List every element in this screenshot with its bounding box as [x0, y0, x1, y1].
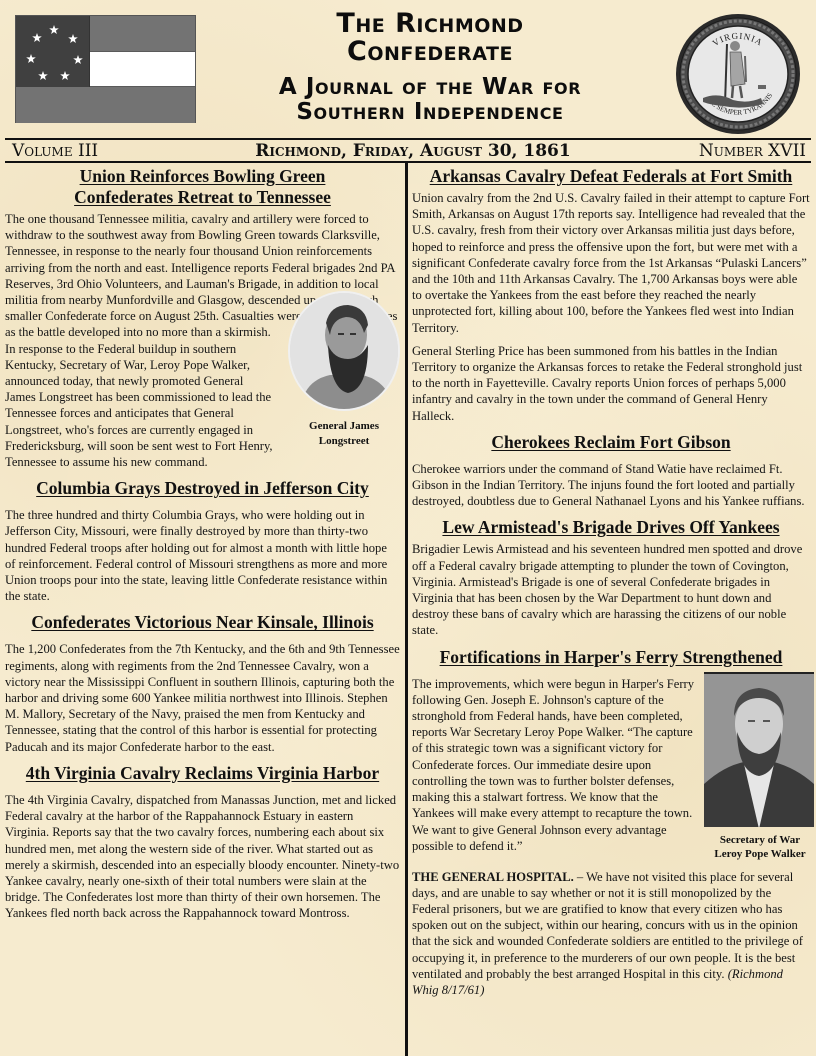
headline-line-1: Union Reinforces Bowling Green	[80, 166, 326, 186]
left-column: Union Reinforces Bowling Green Confedera…	[5, 166, 400, 922]
masthead-title: The Richmond Confederate A Journal of th…	[200, 6, 660, 124]
dateline-top-rule	[5, 138, 811, 140]
column-divider	[405, 162, 408, 1056]
longstreet-portrait	[288, 291, 400, 411]
article-harpers-ferry: Fortifications in Harper's Ferry Strengt…	[412, 647, 810, 861]
walker-photo-figure: Secretary of War Leroy Pope Walker	[704, 672, 816, 861]
headline-line-2: Confederates Retreat to Tennessee	[74, 187, 331, 207]
headline: Confederates Victorious Near Kinsale, Il…	[5, 612, 400, 633]
title-line-1: The Richmond	[200, 10, 660, 37]
general-hospital-notice: THE GENERAL HOSPITAL. – We have not visi…	[412, 869, 810, 999]
article-paragraph: Union cavalry from the 2nd U.S. Cavalry …	[412, 190, 810, 336]
dateline: Volume III Richmond, Friday, August 30, …	[0, 141, 816, 161]
photo-caption: General James Longstreet	[283, 419, 405, 449]
article-fort-smith: Arkansas Cavalry Defeat Federals at Fort…	[412, 166, 810, 424]
subtitle-line-1: A Journal of the War for	[200, 76, 660, 99]
article-kinsale: Confederates Victorious Near Kinsale, Il…	[5, 612, 400, 754]
headline: Columbia Grays Destroyed in Jefferson Ci…	[5, 478, 400, 499]
dateline-bottom-rule	[5, 161, 811, 163]
article-armistead: Lew Armistead's Brigade Drives Off Yanke…	[412, 517, 810, 638]
headline: 4th Virginia Cavalry Reclaims Virginia H…	[5, 763, 400, 784]
article-paragraph: General Sterling Price has been summoned…	[412, 343, 810, 424]
portrait-bearded-man-icon	[290, 293, 400, 411]
headline: Arkansas Cavalry Defeat Federals at Fort…	[412, 166, 810, 187]
subtitle-line-2: Southern Independence	[200, 101, 660, 124]
flag-bottom-bar	[16, 87, 195, 123]
article-columbia-grays: Columbia Grays Destroyed in Jefferson Ci…	[5, 478, 400, 604]
article-paragraph: The 4th Virginia Cavalry, dispatched fro…	[5, 792, 400, 922]
portrait-bearded-man-icon	[704, 674, 814, 827]
issue-number: Number XVII	[699, 141, 806, 161]
article-paragraph: Cherokee warriors under the command of S…	[412, 461, 810, 510]
notice-lead: THE GENERAL HOSPITAL.	[412, 870, 574, 884]
walker-portrait	[704, 672, 814, 827]
flag-canton	[16, 16, 90, 87]
headline: Cherokees Reclaim Fort Gibson	[412, 432, 810, 453]
article-paragraph: Brigadier Lewis Armistead and his sevent…	[412, 541, 810, 638]
title-line-2: Confederate	[200, 38, 660, 65]
headline: Fortifications in Harper's Ferry Strengt…	[412, 647, 810, 668]
star-circle-icon	[16, 16, 90, 87]
article-bowling-green: Union Reinforces Bowling Green Confedera…	[5, 166, 400, 470]
virginia-seal-icon: VIRGINIA SIC SEMPER TYRANNIS	[673, 12, 803, 137]
article-fort-gibson: Cherokees Reclaim Fort Gibson Cherokee w…	[412, 432, 810, 510]
issue-date: Richmond, Friday, August 30, 1861	[0, 141, 816, 161]
article-paragraph: The three hundred and thirty Columbia Gr…	[5, 507, 400, 604]
photo-caption: Secretary of War Leroy Pope Walker	[704, 833, 816, 861]
headline: Lew Armistead's Brigade Drives Off Yanke…	[412, 517, 810, 538]
notice-body: – We have not visited this place for sev…	[412, 870, 803, 981]
newspaper-page: The Richmond Confederate A Journal of th…	[0, 0, 816, 1056]
headline: Union Reinforces Bowling Green Confedera…	[5, 166, 400, 208]
confederate-flag-icon	[15, 15, 196, 123]
article-virginia-harbor: 4th Virginia Cavalry Reclaims Virginia H…	[5, 763, 400, 922]
longstreet-photo-figure: General James Longstreet	[283, 291, 405, 449]
right-column: Arkansas Cavalry Defeat Federals at Fort…	[412, 166, 810, 998]
article-paragraph: The 1,200 Confederates from the 7th Kent…	[5, 641, 400, 754]
